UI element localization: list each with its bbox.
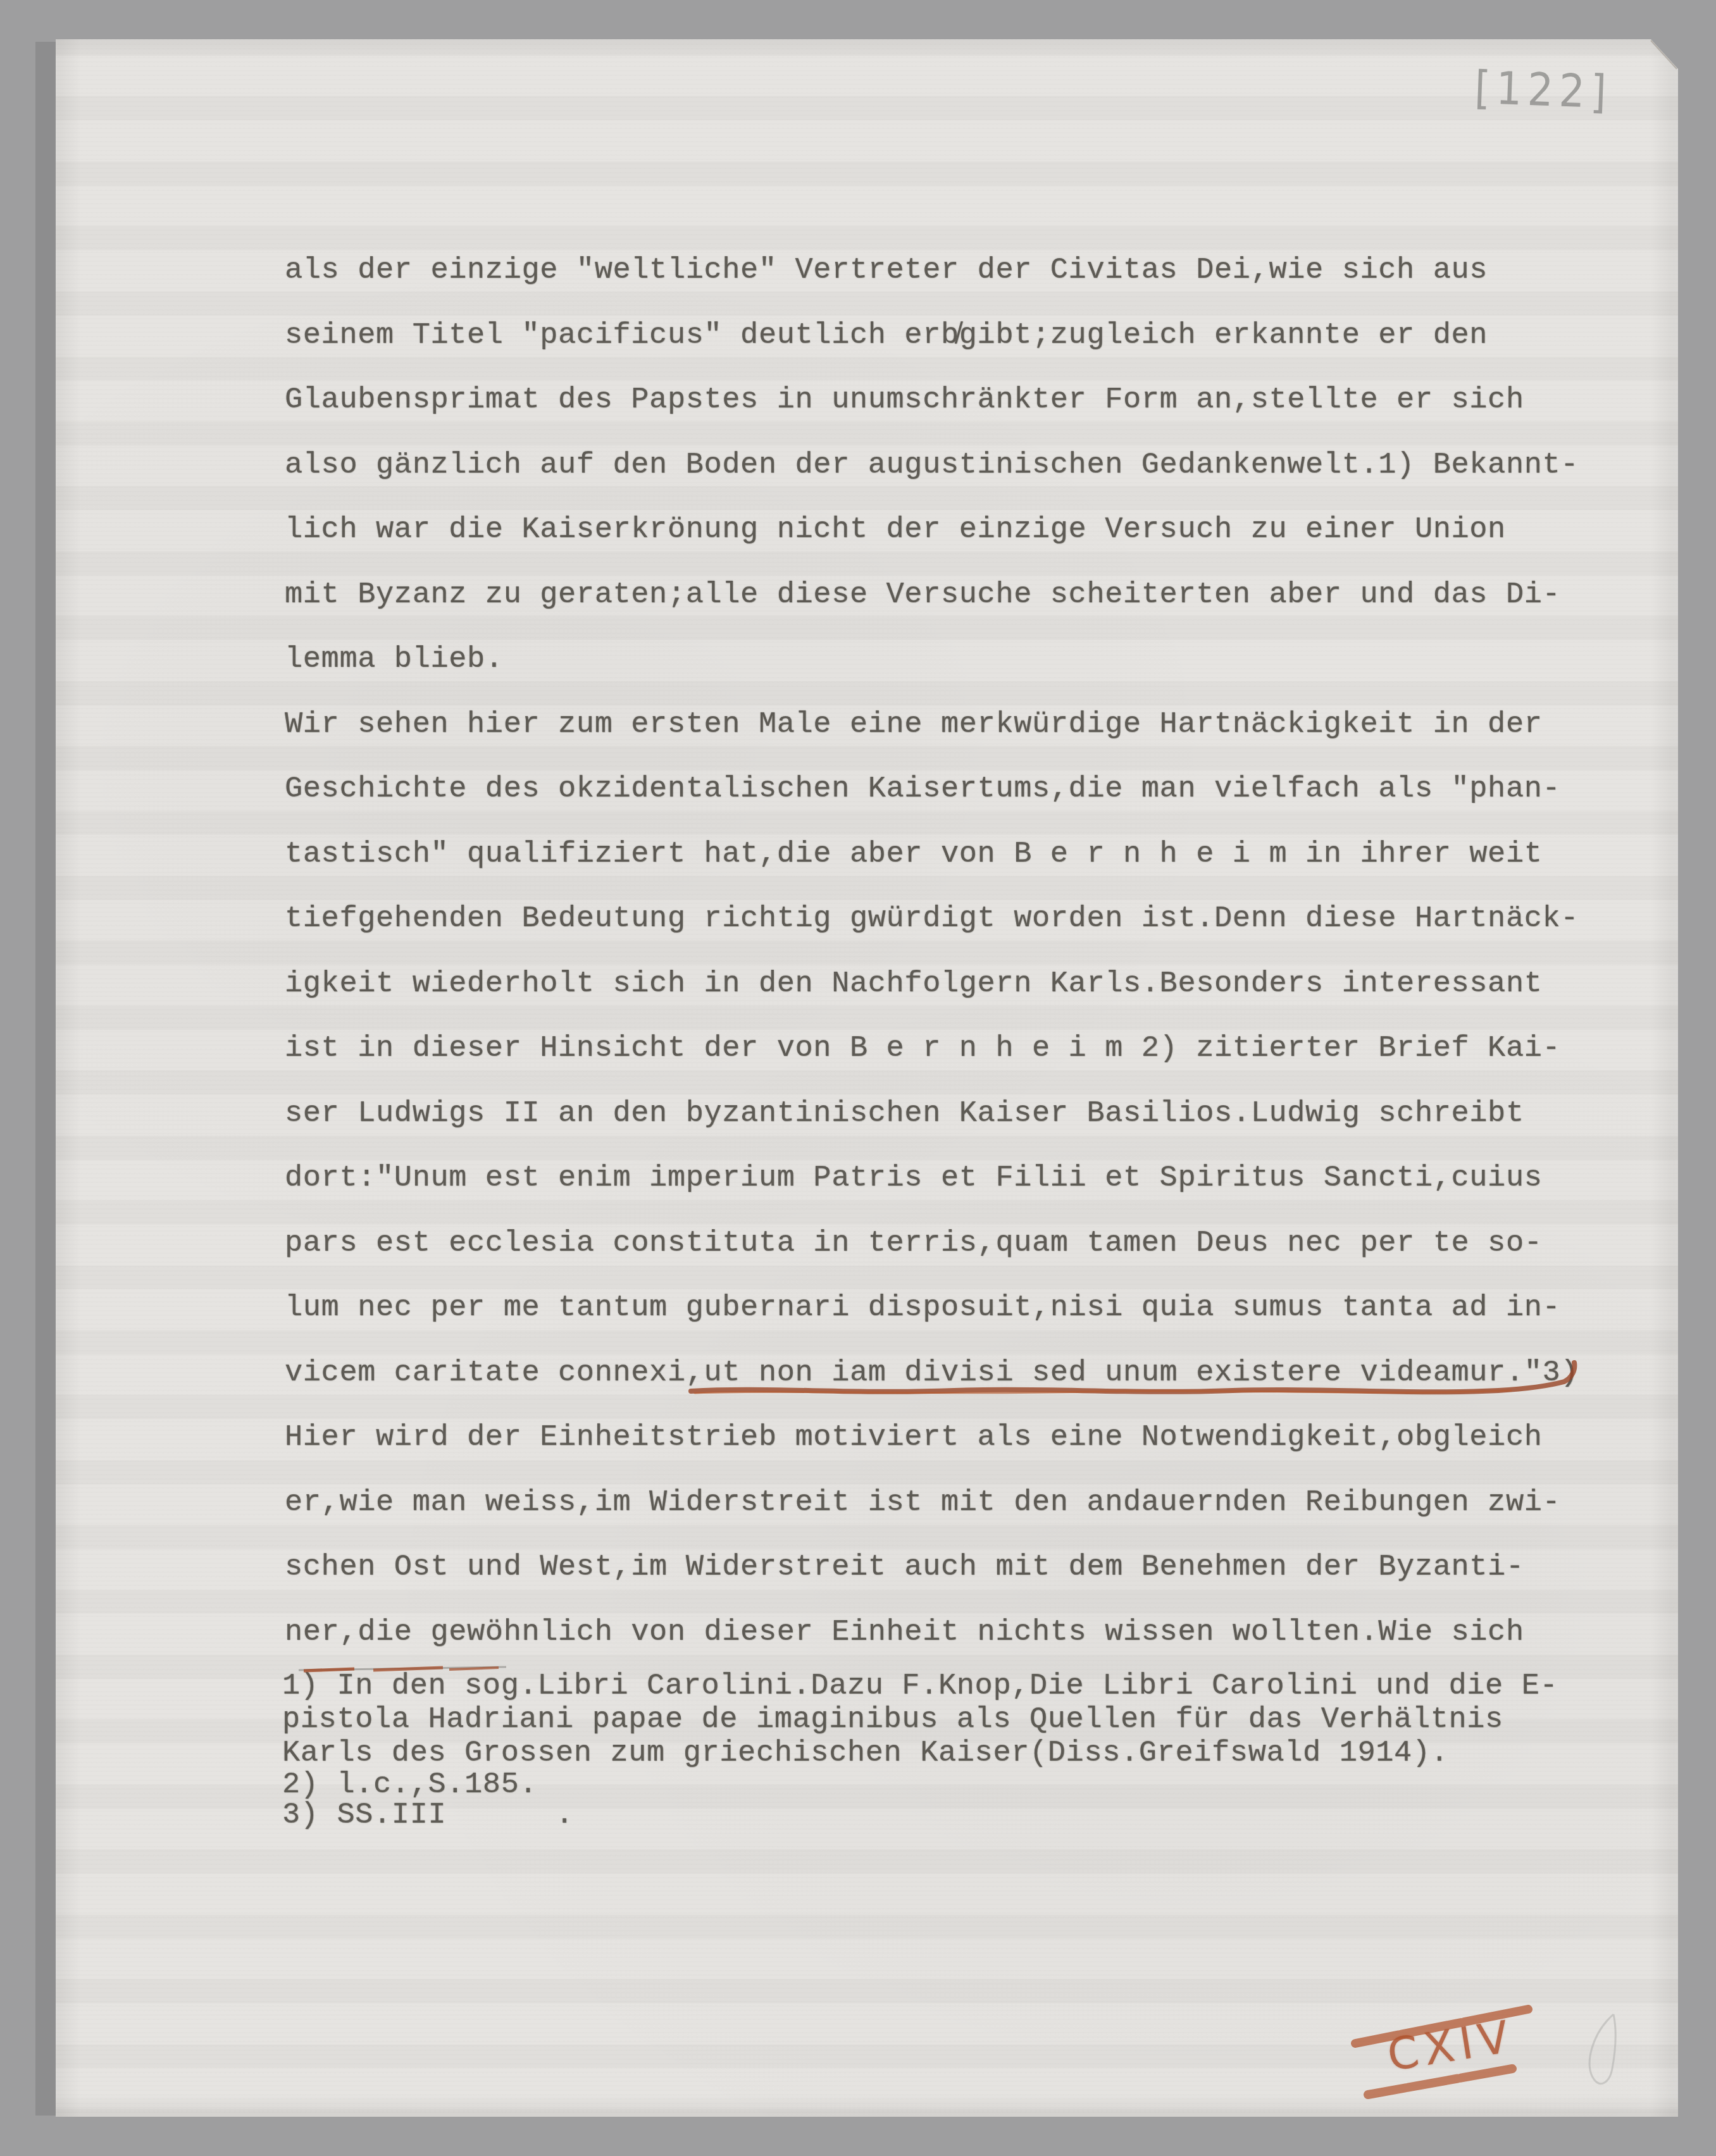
typed-line: igkeit wiederholt sich in den Nachfolger… (285, 969, 1543, 999)
typed-line: als der einzige "weltliche" Vertreter de… (285, 256, 1488, 285)
typed-line: schen Ost und West,im Widerstreit auch m… (285, 1552, 1524, 1582)
typed-line: tiefgehenden Bedeutung richtig gwürdigt … (285, 904, 1579, 934)
handwritten-page-number: [122] (1474, 62, 1613, 119)
typed-line: Glaubensprimat des Papstes in unumschrän… (285, 385, 1524, 415)
typed-line: lum nec per me tantum gubernari disposui… (285, 1293, 1560, 1323)
typed-line: seinem Titel "pacificus" deutlich erb̸gi… (285, 321, 1488, 350)
document-page: [122] als der einzige "weltliche" Vertre… (56, 39, 1678, 2117)
handwritten-folio-numeral: CXIV (1384, 2010, 1518, 2081)
typed-line: tastisch" qualifiziert hat,die aber von … (285, 839, 1543, 869)
footnote-line: pistola Hadriani papae de imaginibus als… (282, 1705, 1503, 1735)
typed-line: Geschichte des okzidentalischen Kaisertu… (285, 774, 1560, 804)
typed-line: ser Ludwigs II an den byzantinischen Kai… (285, 1099, 1524, 1129)
footnote-line: 1) In den sog.Libri Carolini.Dazu F.Knop… (282, 1671, 1558, 1701)
corner-fold-edge (1651, 40, 1677, 69)
scanned-document: { "annotations": { "page_number_pencil":… (0, 0, 1716, 2156)
footnote-line: 3) SS.III . (282, 1800, 574, 1830)
footnote-line: Karls des Grossen zum griechischen Kaise… (282, 1738, 1449, 1768)
typed-line: lemma blieb. (285, 645, 504, 674)
footnote-line: 2) l.c.,S.185. (282, 1770, 537, 1800)
scan-edge-shadow (35, 42, 57, 2116)
typed-line: vicem caritate connexi,ut non iam divisi… (285, 1358, 1579, 1388)
typed-line: Wir sehen hier zum ersten Male eine merk… (285, 710, 1543, 740)
typed-line: ner,die gewöhnlich von dieser Einheit ni… (285, 1618, 1524, 1647)
typed-line: ist in dieser Hinsicht der von B e r n h… (285, 1034, 1560, 1063)
typed-line: er,wie man weiss,im Widerstreit ist mit … (285, 1488, 1560, 1518)
typed-line: dort:"Unum est enim imperium Patris et F… (285, 1163, 1543, 1193)
typed-line: pars est ecclesia constituta in terris,q… (285, 1229, 1543, 1258)
typed-line: lich war die Kaiserkrönung nicht der ein… (285, 515, 1506, 545)
typed-line: Hier wird der Einheitstrieb motiviert al… (285, 1423, 1543, 1453)
pencil-squiggle (1589, 2014, 1615, 2084)
typed-line: mit Byzanz zu geraten;alle diese Versuch… (285, 580, 1560, 610)
typed-line: also gänzlich auf den Boden der augustin… (285, 450, 1579, 480)
